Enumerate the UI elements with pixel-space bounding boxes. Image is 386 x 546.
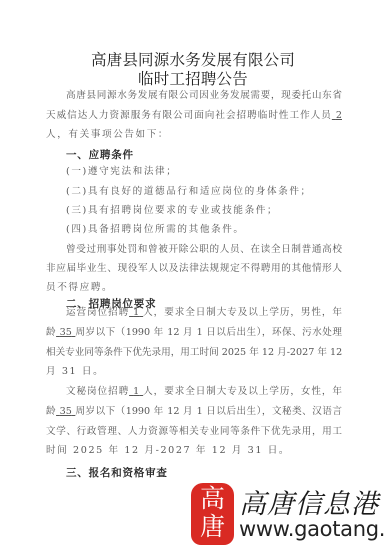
section-heading-registration: 三、报名和资格审查 [66, 465, 168, 480]
brand-url: www.gaotang.cc [239, 517, 386, 541]
recruit-total-count: 2 [332, 110, 342, 121]
job1-age-limit: 35 [56, 327, 75, 338]
job2-count: 1 [129, 386, 143, 397]
job1-line-2: 龄 35 周岁以下（1990 年 12 月 1 日以后出生），环保、污水处理 [46, 327, 342, 339]
job2-line-3: 文学、行政管理、人力资源等相关专业同等条件下优先录用，用工 [46, 426, 342, 438]
job2-line-2: 龄 35 周岁以下（1990 年 12 月 1 日以后出生），文秘类、汉语言 [46, 406, 342, 418]
requirement-item: (二)具有良好的道德品行和适应岗位的身体条件； [66, 186, 312, 198]
requirement-item: (四)具备招聘岗位所需的其他条件。 [66, 224, 245, 236]
intro-line-1: 高唐县同源水务发展有限公司因业务发展需要，现委托山东省 [66, 90, 342, 102]
exclusion-line-2: 非应届毕业生、现役军人以及法律法规规定不得聘用的其他情形人 [46, 263, 342, 275]
red-seal-icon: 高 唐 [191, 483, 234, 545]
job1-count: 1 [129, 307, 143, 318]
intro-line-2-text: 天威信达人力资源服务有限公司面向社会招聘临时性工作人员 [46, 110, 332, 121]
gaotang-watermark-logo: 高 唐 高唐信息港 www.gaotang.cc [191, 480, 386, 546]
document-title-notice: 临时工招聘公告 [0, 67, 386, 89]
exclusion-line-3: 员不得应聘。 [46, 282, 113, 294]
section-heading-requirements: 一、应聘条件 [66, 147, 134, 162]
exclusion-line-1: 曾受过刑事处罚和曾被开除公职的人员、在读全日制普通高校 [66, 244, 342, 256]
job2-line-1: 文秘岗位招聘 1 人，要求全日制大专及以上学历，女性，年 [66, 386, 342, 398]
requirement-item: (一)遵守宪法和法律； [66, 166, 177, 178]
job1-line-1: 运营岗位招聘 1 人，要求全日制大专及以上学历，男性，年 [66, 307, 342, 319]
job1-line-3: 相关专业同等条件下优先录用，用工时间 2025 年 12 月-2027 年 12 [46, 347, 342, 359]
job2-line-4: 时间 2025 年 12 月-2027 年 12 月 31 日。 [46, 445, 290, 457]
job1-line-4: 月 31 日。 [46, 366, 104, 378]
intro-line-3: 人，有关事项公告如下： [46, 129, 169, 141]
intro-line-2: 天威信达人力资源服务有限公司面向社会招聘临时性工作人员 2 [46, 110, 342, 122]
job2-age-limit: 35 [56, 406, 75, 417]
brand-name: 高唐信息港 [239, 482, 379, 521]
document-page: 高唐县同源水务发展有限公司 临时工招聘公告 高唐县同源水务发展有限公司因业务发展… [0, 0, 386, 546]
requirement-item: (三)具有招聘岗位要求的专业或技能条件； [66, 205, 278, 217]
